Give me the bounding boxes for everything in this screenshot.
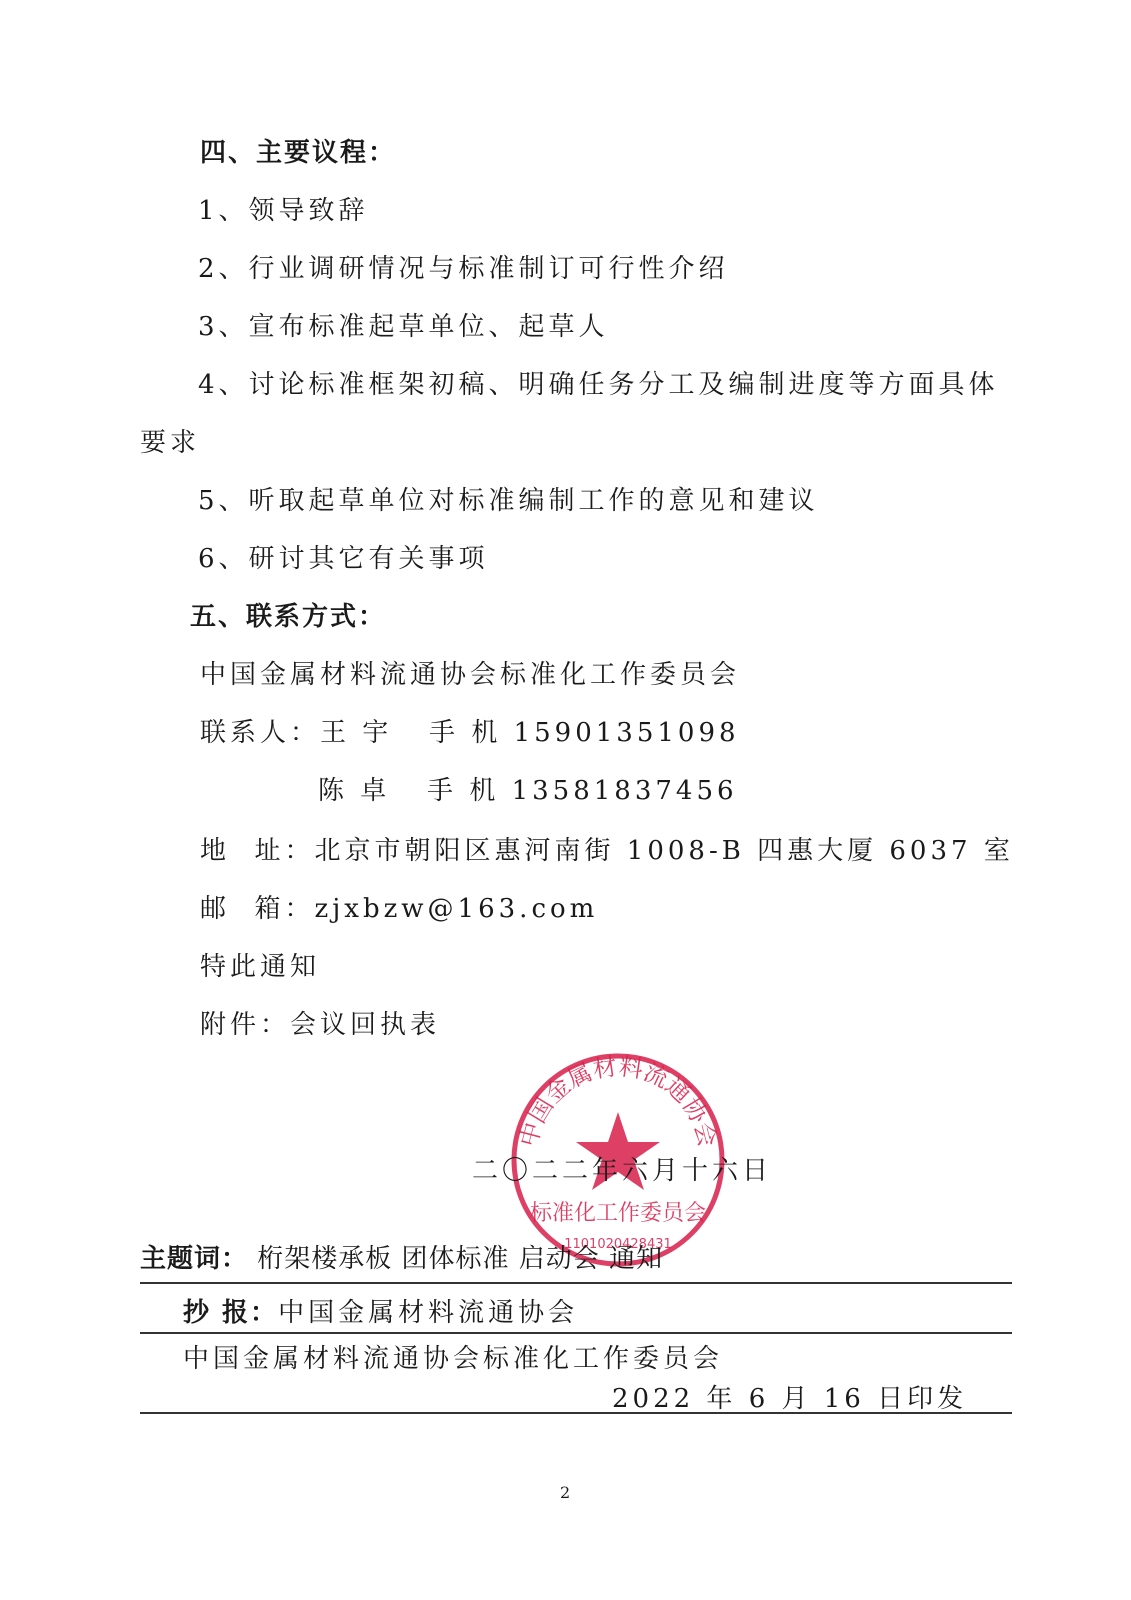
agenda-item-4: 4、讨论标准框架初稿、明确任务分工及编制进度等方面具体 xyxy=(198,364,999,401)
attachment-text: 附件：会议回执表 xyxy=(200,1004,440,1041)
contact-person-1: 联系人：王 宇 手 机 15901351098 xyxy=(200,712,740,749)
issue-date-chinese: 二〇二二年六月十六日 xyxy=(472,1150,772,1187)
section5-title: 五、联系方式： xyxy=(190,596,386,633)
agenda-item-6: 6、研讨其它有关事项 xyxy=(198,538,489,575)
agenda-item-4-cont: 要求 xyxy=(140,422,200,459)
cc-value: 中国金属材料流通协会 xyxy=(278,1298,578,1328)
agenda-item-3: 3、宣布标准起草单位、起草人 xyxy=(198,306,609,343)
divider xyxy=(140,1332,1012,1334)
divider xyxy=(140,1282,1012,1284)
contact-person-2: 陈 卓 手 机 13581837456 xyxy=(318,770,738,807)
agenda-item-5: 5、听取起草单位对标准编制工作的意见和建议 xyxy=(198,480,819,517)
issue-date: 2022 年 6 月 16 日印发 xyxy=(612,1378,967,1415)
agenda-item-1: 1、领导致辞 xyxy=(198,190,369,227)
notice-text: 特此通知 xyxy=(200,946,320,983)
agenda-item-2: 2、行业调研情况与标准制订可行性介绍 xyxy=(198,248,729,285)
divider xyxy=(140,1412,1012,1414)
subject-words: 主题词： 桁架楼承板 团体标准 启动会 通知 xyxy=(140,1238,663,1275)
cc-line: 抄 报：中国金属材料流通协会 xyxy=(183,1292,578,1329)
subject-value: 桁架楼承板 团体标准 启动会 通知 xyxy=(257,1244,663,1274)
cc-label: 抄 报： xyxy=(183,1298,278,1328)
seal-bottom-text: 标准化工作委员会 xyxy=(530,1201,706,1226)
contact-email: 邮 箱：zjxbzw@163.com xyxy=(200,888,598,925)
issuer: 中国金属材料流通协会标准化工作委员会 xyxy=(183,1338,723,1375)
subject-label: 主题词： xyxy=(140,1244,248,1274)
contact-address: 地 址：北京市朝阳区惠河南街 1008-B 四惠大厦 6037 室 xyxy=(200,830,1014,867)
page-number: 2 xyxy=(560,1483,570,1502)
section4-title: 四、主要议程： xyxy=(200,132,396,169)
contact-org: 中国金属材料流通协会标准化工作委员会 xyxy=(200,654,740,691)
